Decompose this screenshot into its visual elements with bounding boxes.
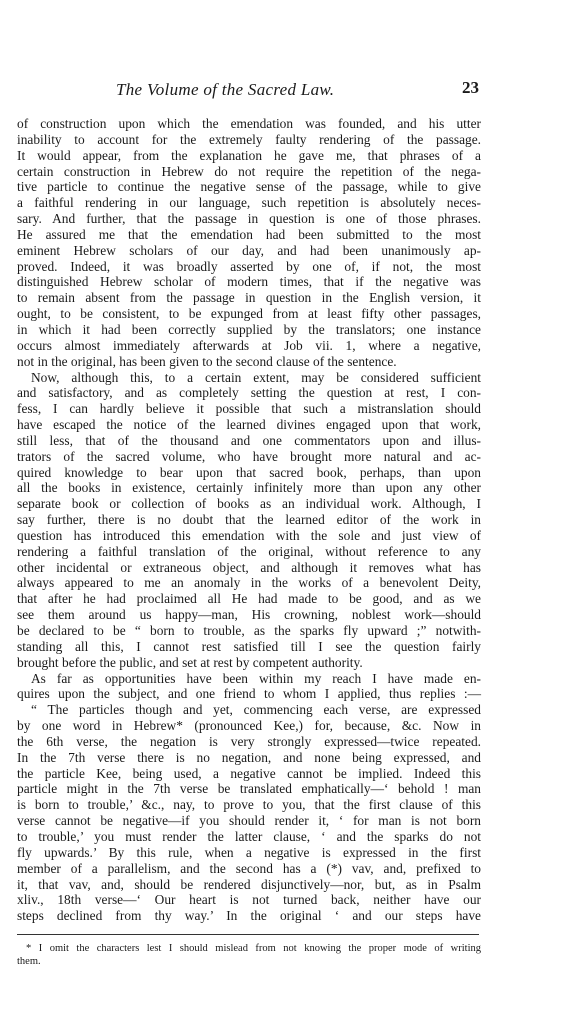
footnote-line: * I omit the characters lest I should mi… bbox=[17, 942, 481, 955]
text-line: inability to account for the extremely f… bbox=[17, 132, 481, 148]
footnote-line: them. bbox=[17, 955, 481, 968]
footnote-divider bbox=[17, 934, 479, 935]
text-line: proved. Indeed, it was broadly asserted … bbox=[17, 259, 481, 275]
text-line: standing all this, I cannot rest satisfi… bbox=[17, 639, 481, 655]
text-line: a faithful rendering in our language, su… bbox=[17, 195, 481, 211]
text-line: fess, I can hardly believe it possible t… bbox=[17, 401, 481, 417]
paragraph-start-line: As far as opportunities have been within… bbox=[17, 671, 481, 687]
text-line: eminent Hebrew scholars of our day, and … bbox=[17, 243, 481, 259]
text-line: rendering a faithful translation of the … bbox=[17, 544, 481, 560]
quotation-start-line: “ The particles though and yet, commenci… bbox=[17, 702, 481, 718]
running-title: The Volume of the Sacred Law. bbox=[116, 80, 334, 100]
page-number: 23 bbox=[462, 78, 479, 98]
text-line: separate book or collection of books as … bbox=[17, 496, 481, 512]
footnote: * I omit the characters lest I should mi… bbox=[17, 942, 481, 968]
text-line: the particle Kee, being used, a negative… bbox=[17, 766, 481, 782]
text-line: still less, that of the thousand and one… bbox=[17, 433, 481, 449]
book-page: The Volume of the Sacred Law. 23 of cons… bbox=[17, 80, 481, 968]
text-line: xliv., 18th verse—‘ Our heart is not tur… bbox=[17, 892, 481, 908]
text-line: by one word in Hebrew* (pronounced Kee,)… bbox=[17, 718, 481, 734]
text-line: that after he had proclaimed all He had … bbox=[17, 591, 481, 607]
text-line: trators of the sacred volume, who have b… bbox=[17, 449, 481, 465]
text-line: all the books in existence, certainly in… bbox=[17, 480, 481, 496]
text-line: other incidental or extraneous object, a… bbox=[17, 560, 481, 576]
text-line: always appeared to me an anomaly in the … bbox=[17, 575, 481, 591]
paragraph-start-line: Now, although this, to a certain extent,… bbox=[17, 370, 481, 386]
text-line: have escaped the notice of the learned d… bbox=[17, 417, 481, 433]
text-line: tive particle to continue the negative s… bbox=[17, 179, 481, 195]
text-line: occurs almost immediately afterwards at … bbox=[17, 338, 481, 354]
text-line: ought, to be consistent, to be expunged … bbox=[17, 306, 481, 322]
text-line: to trouble,’ you must render the latter … bbox=[17, 829, 481, 845]
text-line: brought before the public, and set at re… bbox=[17, 655, 481, 671]
text-line: It would appear, from the explanation he… bbox=[17, 148, 481, 164]
text-line: verse cannot be negative—if you should r… bbox=[17, 813, 481, 829]
text-line: quires upon the subject, and one friend … bbox=[17, 686, 481, 702]
text-line: steps declined from thy way.’ In the ori… bbox=[17, 908, 481, 924]
text-line: certain construction in Hebrew do not re… bbox=[17, 164, 481, 180]
text-line: distinguished Hebrew scholar of modern t… bbox=[17, 274, 481, 290]
text-line: In the 7th verse there is no negation, a… bbox=[17, 750, 481, 766]
text-line: is born to trouble,’ &c., nay, to prove … bbox=[17, 797, 481, 813]
text-line: and satisfactory, and as completely sett… bbox=[17, 385, 481, 401]
text-line: of construction upon which the emendatio… bbox=[17, 116, 481, 132]
running-head: The Volume of the Sacred Law. 23 bbox=[17, 80, 481, 108]
text-line: He assured me that the emendation had be… bbox=[17, 227, 481, 243]
text-line: in which it had been correctly supplied … bbox=[17, 322, 481, 338]
text-line: member of a parallelism, and the second … bbox=[17, 861, 481, 877]
text-line: fly upwards.’ By this rule, when a negat… bbox=[17, 845, 481, 861]
text-line: sary. And further, that the passage in q… bbox=[17, 211, 481, 227]
text-line: it, that vav, and, should be rendered di… bbox=[17, 877, 481, 893]
text-line: see them around us happy—man, His crowni… bbox=[17, 607, 481, 623]
text-line: be declared to be “ born to trouble, as … bbox=[17, 623, 481, 639]
text-line: particle might in the 7th verse be trans… bbox=[17, 781, 481, 797]
text-line: question has introduced this emendation … bbox=[17, 528, 481, 544]
text-line: say further, there is no doubt that the … bbox=[17, 512, 481, 528]
text-line: quired knowledge to bear upon that sacre… bbox=[17, 465, 481, 481]
text-line: to remain absent from the passage in que… bbox=[17, 290, 481, 306]
body-text: of construction upon which the emendatio… bbox=[17, 116, 481, 924]
text-line: not in the original, has been given to t… bbox=[17, 354, 481, 370]
text-line: the 6th verse, the negation is very stro… bbox=[17, 734, 481, 750]
